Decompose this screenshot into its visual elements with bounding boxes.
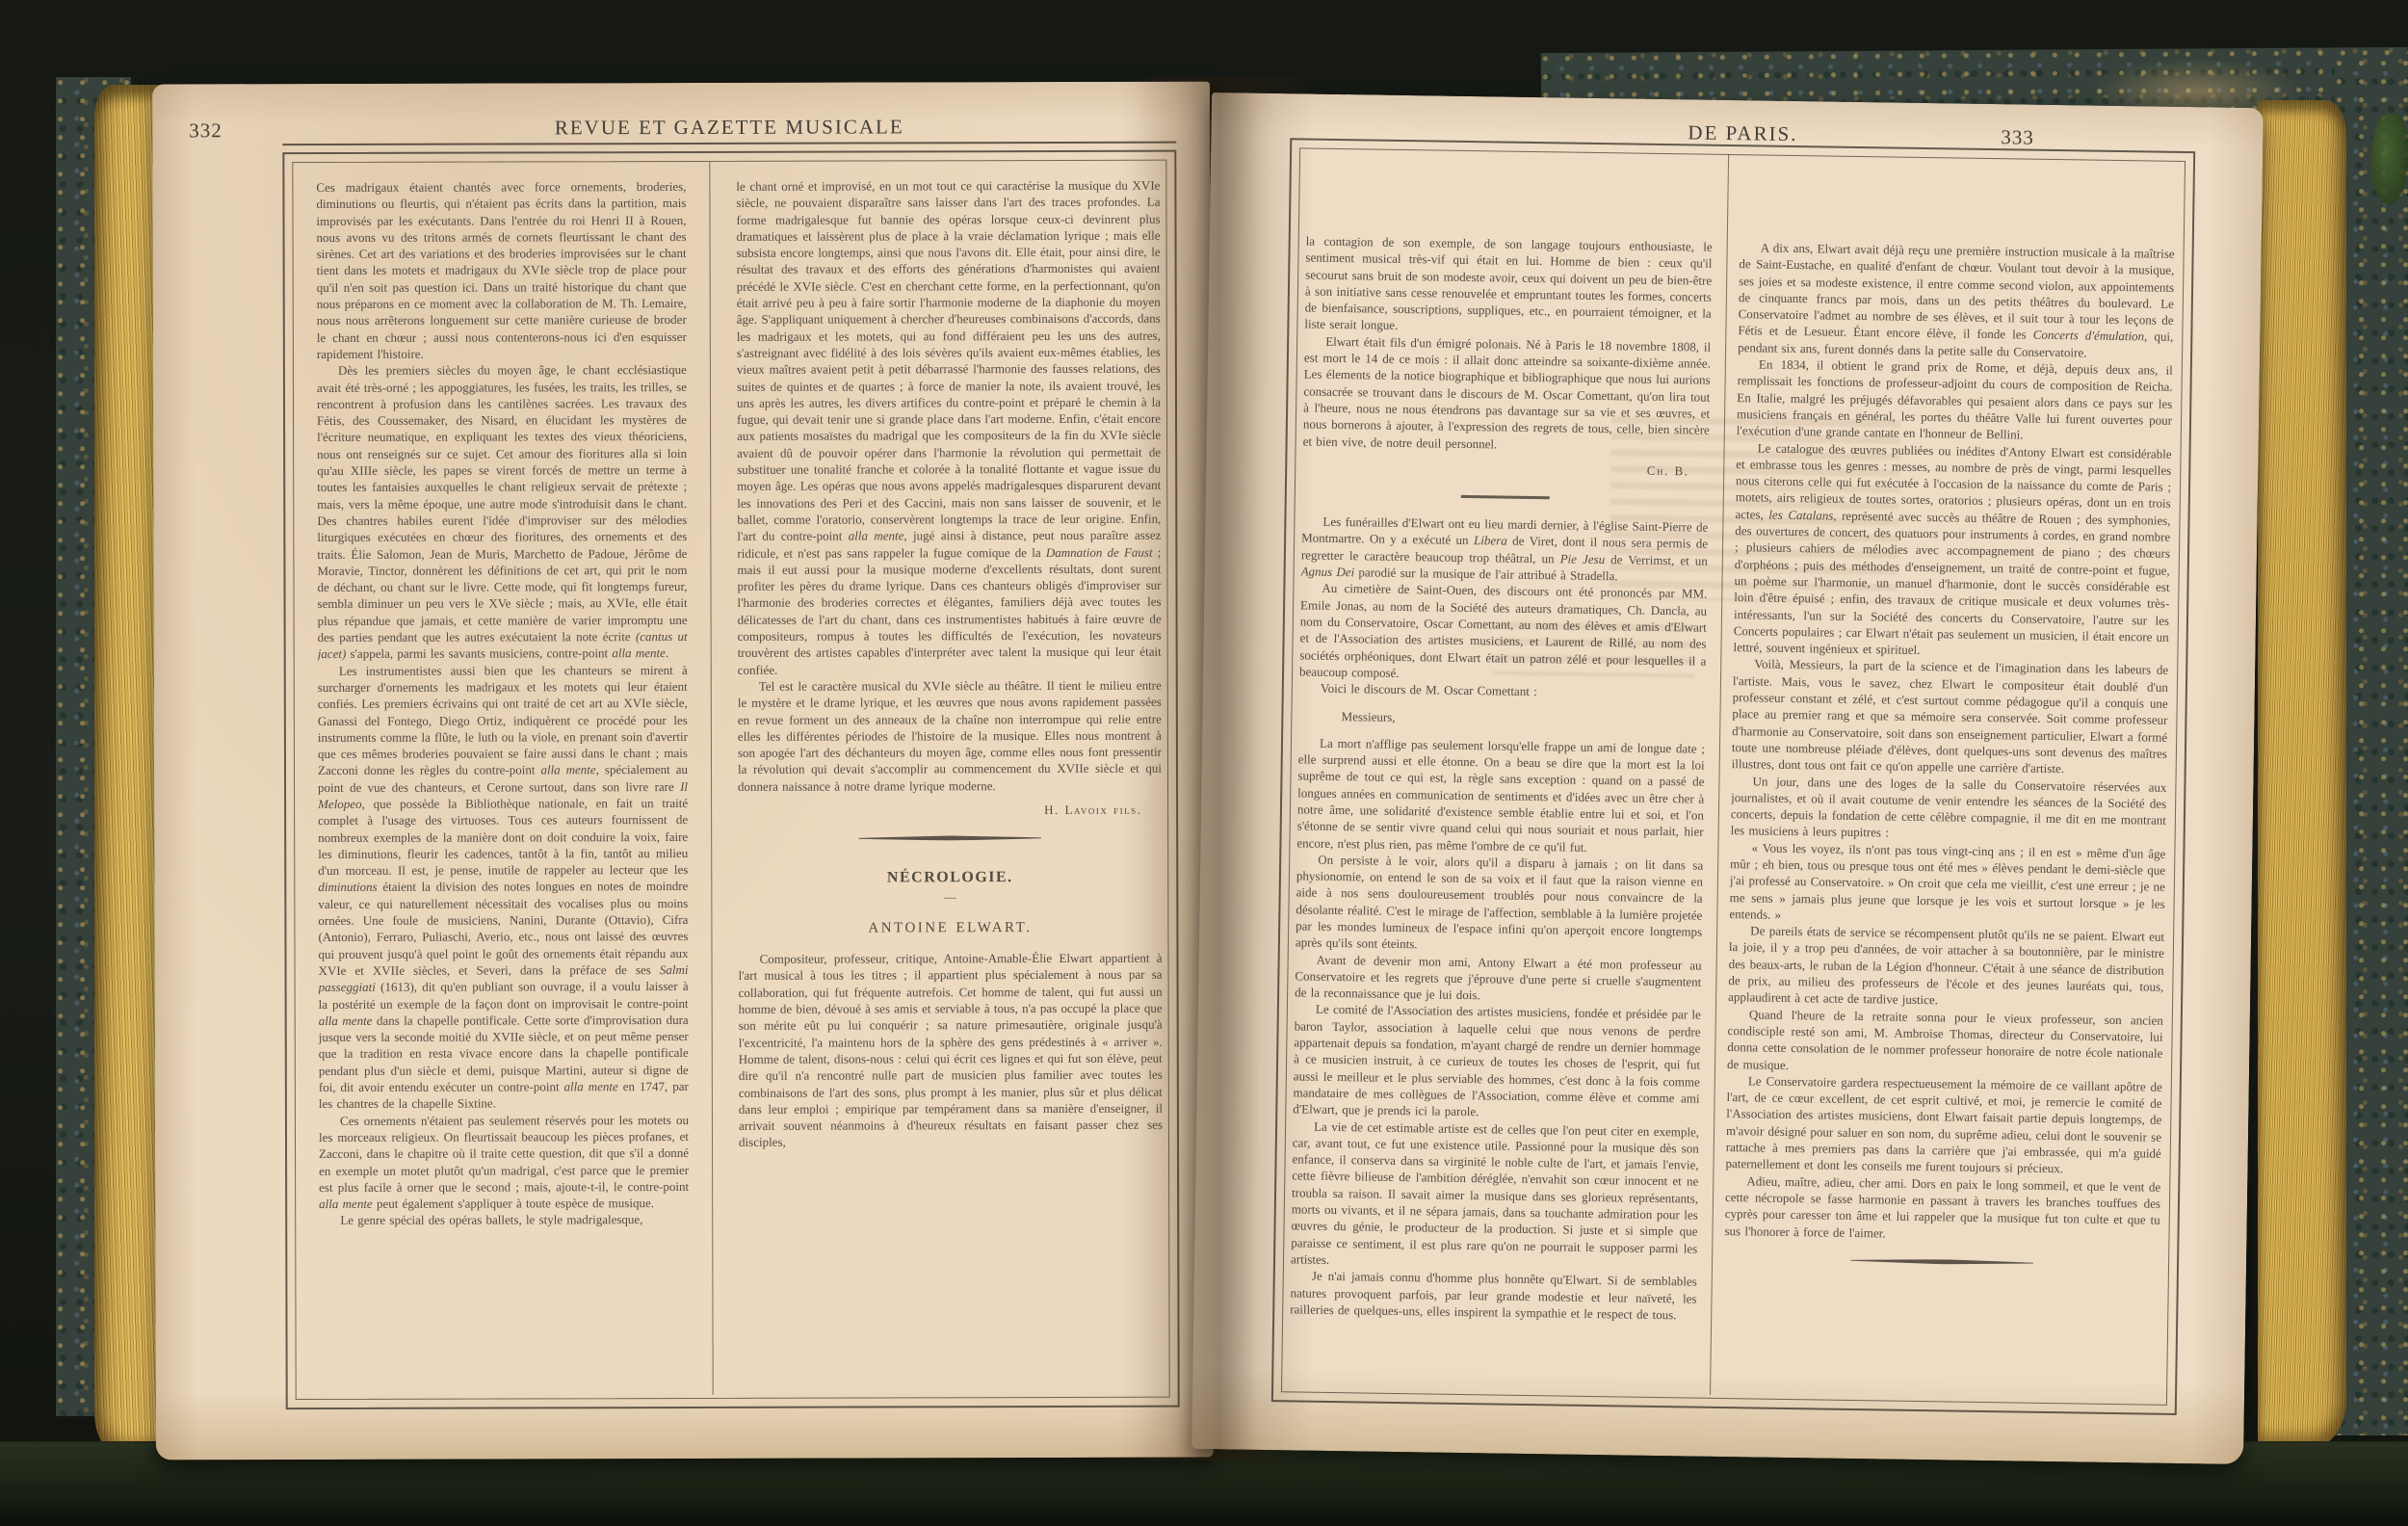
paragraph: Les instrumentistes aussi bien que les c…: [318, 662, 689, 1113]
left-page-column-1: Ces madrigaux étaient chantés avec force…: [316, 178, 689, 1395]
paragraph: On persiste à le voir, alors qu'il a dis…: [1296, 851, 1703, 957]
photograph-of-open-book: 332 REVUE ET GAZETTE MUSICALE Ces madrig…: [0, 0, 2408, 1526]
paragraph: Avant de devenir mon ami, Antony Elwart …: [1295, 951, 1702, 1007]
paragraph: En 1834, il obtient le grand prix de Rom…: [1737, 355, 2173, 445]
separator-rule: [1461, 495, 1550, 499]
paragraph: Dès les premiers siècles du moyen âge, l…: [317, 361, 688, 662]
paragraph: Je n'ai jamais connu d'homme plus honnêt…: [1290, 1268, 1697, 1324]
paragraph: Elwart était fils d'un émigré polonais. …: [1303, 332, 1712, 455]
paragraph: Le genre spécial des opéras ballets, le …: [319, 1211, 689, 1228]
paragraph: Au cimetière de Saint-Ouen, des discours…: [1299, 580, 1707, 686]
left-page: 332 REVUE ET GAZETTE MUSICALE Ces madrig…: [152, 82, 1214, 1460]
page-number-left: 332: [189, 118, 222, 143]
paragraph: Les funérailles d'Elwart ont eu lieu mar…: [1301, 513, 1709, 586]
paragraph: Adieu, maître, adieu, cher ami. Dors en …: [1724, 1172, 2160, 1246]
paragraph: Tel est le caractère musical du XVIe siè…: [738, 677, 1162, 795]
tapered-separator-rule: [1850, 1258, 2033, 1266]
author-signature: H. Lavoix fils.: [738, 802, 1162, 819]
paragraph: Ces ornements n'étaient pas seulement ré…: [319, 1112, 689, 1213]
tapered-separator-rule: [858, 835, 1041, 840]
left-page-column-2: le chant orné et improvisé, en un mot to…: [736, 177, 1163, 1394]
paragraph: De pareils états de service se récompens…: [1728, 922, 2164, 1012]
paragraph: A dix ans, Elwart avait déjà reçu une pr…: [1738, 239, 2175, 362]
paragraph: Un jour, dans une des loges de la salle …: [1731, 773, 2167, 846]
right-page-column-2: A dix ans, Elwart avait déjà reçu une pr…: [1722, 239, 2175, 1405]
right-page: DE PARIS. 333 la contagion de son exempl…: [1191, 92, 2264, 1464]
paragraph-continuation: Ces madrigaux étaient chantés avec force…: [316, 178, 686, 362]
header-rule-left: [282, 142, 1176, 145]
paragraph: Voilà, Messieurs, la part de la science …: [1732, 656, 2169, 779]
paragraph-continuation: le chant orné et improvisé, en un mot to…: [736, 177, 1161, 678]
paragraph-continuation: la contagion de son exemple, de son lang…: [1304, 232, 1712, 338]
paragraph: La vie de cet estimable artiste est de c…: [1291, 1118, 1699, 1274]
author-signature: Ch. B.: [1302, 457, 1709, 480]
paragraph: Le catalogue des œuvres publiées ou inéd…: [1733, 439, 2171, 663]
paragraph: Quand l'heure de la retraite sonna pour …: [1727, 1006, 2163, 1079]
paragraph: « Vous les voyez, ils n'ont pas tous vin…: [1729, 839, 2165, 929]
paragraph: Le Conservatoire gardera respectueusemen…: [1725, 1072, 2161, 1178]
article-heading: ANTOINE ELWART.: [738, 920, 1162, 937]
right-page-column-1: la contagion de son exemple, de son lang…: [1289, 232, 1713, 1397]
page-number-right: 333: [2001, 125, 2034, 150]
page-block-fore-edge-right: [2258, 100, 2346, 1447]
running-title-left: REVUE ET GAZETTE MUSICALE: [282, 115, 1176, 141]
paragraph: La mort n'afflige pas seulement lorsqu'e…: [1296, 734, 1705, 856]
section-heading: NÉCROLOGIE.: [738, 869, 1162, 886]
paragraph: Le comité de l'Association des artistes …: [1293, 1001, 1701, 1123]
paragraph: Compositeur, professeur, critique, Antoi…: [738, 950, 1163, 1151]
heading-dash: —: [738, 887, 1162, 905]
salutation: Messieurs,: [1298, 708, 1705, 731]
